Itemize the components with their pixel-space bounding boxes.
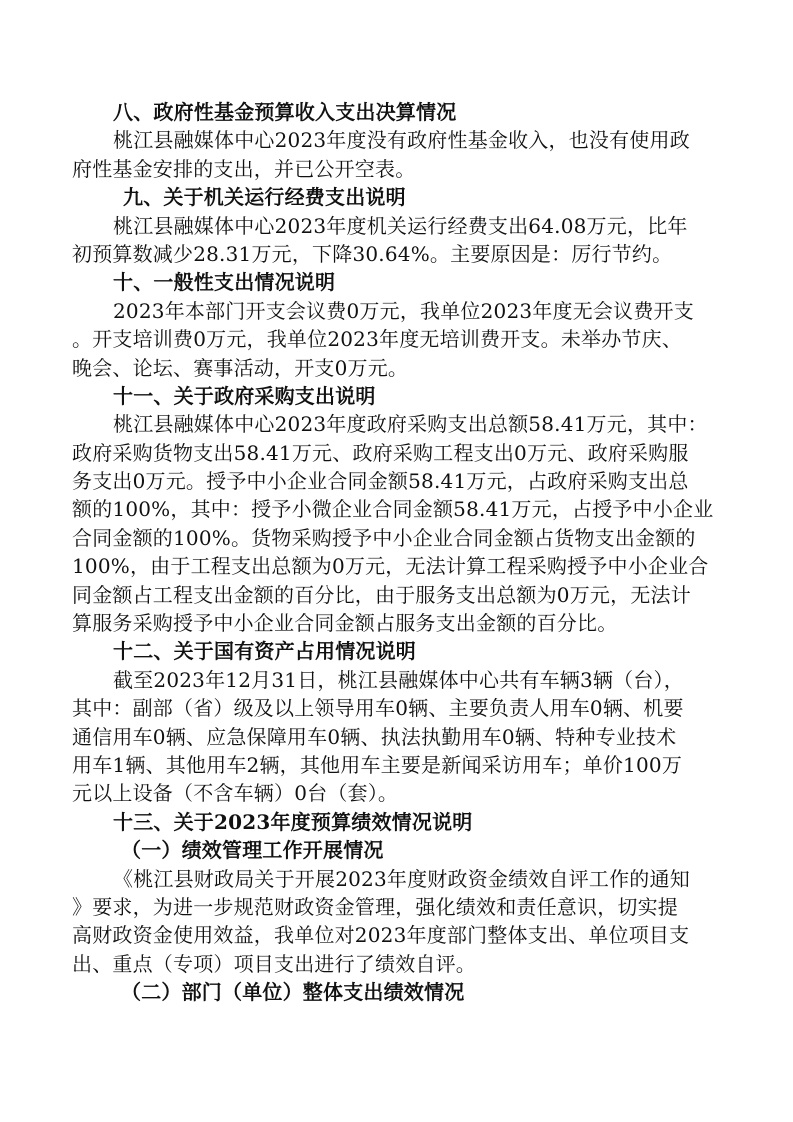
paragraph-line: 高财政资金使用效益，我单位对2023年度部门整体支出、单位项目支 [72,921,740,949]
section-heading-13: 十三、关于2023年度预算绩效情况说明 [72,808,740,836]
paragraph-line: 桃江县融媒体中心2023年度机关运行经费支出64.08万元，比年 [72,212,740,240]
subsection-heading-1: （一）绩效管理工作开展情况 [72,836,740,864]
paragraph-line: 截至2023年12月31日，桃江县融媒体中心共有车辆3辆（台）， [72,666,740,694]
paragraph-line: 初预算数减少28.31万元，下降30.64%。主要原因是：厉行节约。 [72,240,740,268]
paragraph-line: 桃江县融媒体中心2023年度没有政府性基金收入，也没有使用政 [72,126,740,154]
section-heading-11: 十一、关于政府采购支出说明 [72,382,740,410]
paragraph-line: 》要求，为进一步规范财政资金管理，强化绩效和责任意识，切实提 [72,893,740,921]
paragraph-line: 务支出0万元。授予中小企业合同金额58.41万元，占政府采购支出总 [72,467,740,495]
section-heading-8: 八、政府性基金预算收入支出决算情况 [72,98,740,126]
paragraph-line: 其中：副部（省）级及以上领导用车0辆、主要负责人用车0辆、机要 [72,694,740,722]
paragraph-line: 用车1辆、其他用车2辆，其他用车主要是新闻采访用车；单价100万 [72,751,740,779]
paragraph-line: 。开支培训费0万元，我单位2023年度无培训费开支。未举办节庆、 [72,325,740,353]
paragraph-line: 2023年本部门开支会议费0万元，我单位2023年度无会议费开支 [72,297,740,325]
section-heading-10: 十、一般性支出情况说明 [72,268,740,296]
document-page: 八、政府性基金预算收入支出决算情况 桃江县融媒体中心2023年度没有政府性基金收… [72,98,740,1007]
paragraph-line: 通信用车0辆、应急保障用车0辆、执法执勤用车0辆、特种专业技术 [72,723,740,751]
paragraph-line: 府性基金安排的支出，并已公开空表。 [72,155,740,183]
paragraph-line: 《桃江县财政局关于开展2023年度财政资金绩效自评工作的通知 [72,865,740,893]
paragraph-line: 元以上设备（不含车辆）0台（套）。 [72,779,740,807]
paragraph-line: 额的100%，其中：授予小微企业合同金额58.41万元，占授予中小企业 [72,495,740,523]
paragraph-line: 合同金额的100%。货物采购授予中小企业合同金额占货物支出金额的 [72,524,740,552]
subsection-heading-2: （二）部门（单位）整体支出绩效情况 [72,978,740,1006]
paragraph-line: 100%，由于工程支出总额为0万元，无法计算工程采购授予中小企业合 [72,552,740,580]
section-heading-12: 十二、关于国有资产占用情况说明 [72,637,740,665]
paragraph-line: 政府采购货物支出58.41万元、政府采购工程支出0万元、政府采购服 [72,439,740,467]
section-heading-9: 九、关于机关运行经费支出说明 [72,183,740,211]
paragraph-line: 算服务采购授予中小企业合同金额占服务支出金额的百分比。 [72,609,740,637]
paragraph-line: 同金额占工程支出金额的百分比，由于服务支出总额为0万元，无法计 [72,581,740,609]
paragraph-line: 桃江县融媒体中心2023年度政府采购支出总额58.41万元，其中： [72,410,740,438]
paragraph-line: 出、重点（专项）项目支出进行了绩效自评。 [72,950,740,978]
paragraph-line: 晚会、论坛、赛事活动，开支0万元。 [72,354,740,382]
